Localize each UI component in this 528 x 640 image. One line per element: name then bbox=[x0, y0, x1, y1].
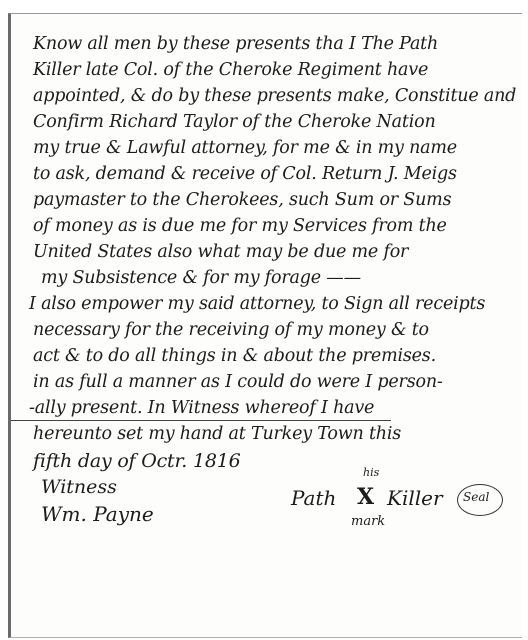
text-line-12: necessary for the receiving of my money … bbox=[33, 320, 429, 340]
document-page: Know all men by these presents tha I The… bbox=[8, 13, 522, 638]
text-line-17: fifth day of Octr. 1816 bbox=[33, 450, 241, 472]
text-line-16: hereunto set my hand at Turkey Town this bbox=[33, 424, 401, 444]
seal-label: Seal bbox=[463, 490, 489, 504]
text-line-3: appointed, & do by these presents make, … bbox=[33, 86, 516, 106]
signature-his: his bbox=[363, 466, 379, 479]
text-line-8: of money as is due me for my Services fr… bbox=[33, 216, 447, 236]
text-line-13: act & to do all things in & about the pr… bbox=[33, 346, 436, 366]
signature-mark-label: mark bbox=[351, 514, 385, 529]
text-line-14: in as full a manner as I could do were I… bbox=[33, 372, 443, 392]
text-line-2: Killer late Col. of the Cheroke Regiment… bbox=[33, 60, 428, 80]
text-line-1: Know all men by these presents tha I The… bbox=[33, 34, 438, 54]
text-line-7: paymaster to the Cherokees, such Sum or … bbox=[33, 190, 451, 210]
text-line-9: United States also what may be due me fo… bbox=[33, 242, 408, 262]
underline-rule bbox=[11, 420, 391, 421]
text-line-15: -ally present. In Witness whereof I have bbox=[29, 398, 374, 418]
text-line-6: to ask, demand & receive of Col. Return … bbox=[33, 164, 457, 184]
signature-x-mark: X bbox=[357, 484, 374, 510]
witness-label: Witness bbox=[41, 476, 117, 498]
signature-last-name: Killer bbox=[387, 486, 443, 510]
text-line-11: I also empower my said attorney, to Sign… bbox=[29, 294, 485, 314]
witness-name: Wm. Payne bbox=[41, 502, 154, 526]
text-line-5: my true & Lawful attorney, for me & in m… bbox=[33, 138, 457, 158]
text-line-10: my Subsistence & for my forage —— bbox=[41, 268, 361, 288]
text-line-4: Confirm Richard Taylor of the Cheroke Na… bbox=[33, 112, 436, 132]
signature-first-name: Path bbox=[291, 486, 336, 510]
